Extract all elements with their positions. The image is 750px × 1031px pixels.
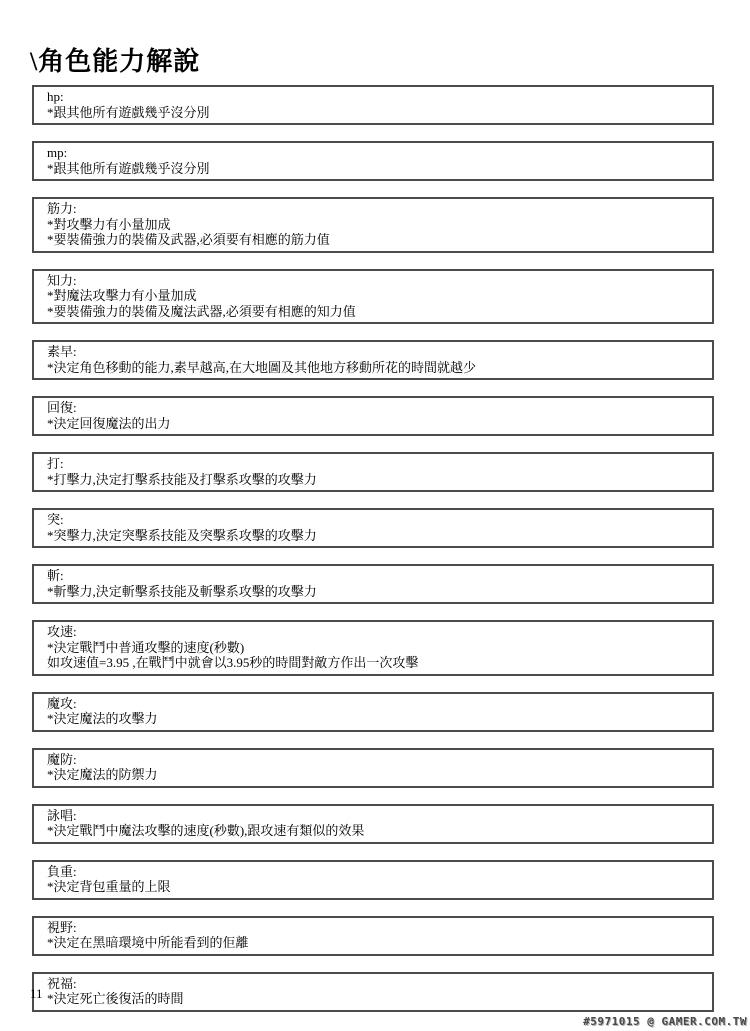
stat-box: 打: *打擊力,決定打擊系技能及打擊系攻擊的攻擊力 [32, 452, 714, 492]
stat-box: hp: *跟其他所有遊戲幾乎沒分別 [32, 85, 714, 125]
stat-description-line: *決定背包重量的上限 [47, 879, 700, 895]
stat-name: 負重: [47, 864, 700, 880]
stat-description-line: *要裝備強力的裝備及武器,必須要有相應的筋力值 [47, 232, 700, 248]
stat-description-line: *決定角色移動的能力,素早越高,在大地圖及其他地方移動所花的時間就越少 [47, 360, 700, 376]
stat-name: 打: [47, 456, 700, 472]
stat-description-line: *打擊力,決定打擊系技能及打擊系攻擊的攻擊力 [47, 472, 700, 488]
stat-name: 祝福: [47, 976, 700, 992]
stat-description-line: *對魔法攻擊力有小量加成 [47, 288, 700, 304]
stat-box: 素早: *決定角色移動的能力,素早越高,在大地圖及其他地方移動所花的時間就越少 [32, 340, 714, 380]
page-title: \角色能力解說 [30, 41, 200, 78]
stat-name: 魔防: [47, 752, 700, 768]
stat-box: 詠唱: *決定戰鬥中魔法攻擊的速度(秒數),跟攻速有類似的效果 [32, 804, 714, 844]
stat-name: 回復: [47, 400, 700, 416]
stat-box: 魔攻: *決定魔法的攻擊力 [32, 692, 714, 732]
stat-description-line: *斬擊力,決定斬擊系技能及斬擊系攻擊的攻擊力 [47, 584, 700, 600]
stat-box: 攻速: *決定戰鬥中普通攻擊的速度(秒數)如攻速值=3.95 ,在戰鬥中就會以3… [32, 620, 714, 676]
stat-name: 斬: [47, 568, 700, 584]
stat-name: mp: [47, 145, 700, 161]
stat-description-line: *跟其他所有遊戲幾乎沒分別 [47, 161, 700, 177]
stat-name: 突: [47, 512, 700, 528]
stat-box: 視野: *決定在黑暗環境中所能看到的佢離 [32, 916, 714, 956]
stat-box: 負重: *決定背包重量的上限 [32, 860, 714, 900]
stat-name: hp: [47, 89, 700, 105]
stat-name: 視野: [47, 920, 700, 936]
stat-name: 攻速: [47, 624, 700, 640]
document-page: \角色能力解說 hp: *跟其他所有遊戲幾乎沒分別 mp: *跟其他所有遊戲幾乎… [0, 0, 750, 1031]
stat-description-line: *決定在黑暗環境中所能看到的佢離 [47, 935, 700, 951]
stat-description-line: *決定戰鬥中普通攻擊的速度(秒數) [47, 640, 700, 656]
stat-description-line: *決定戰鬥中魔法攻擊的速度(秒數),跟攻速有類似的效果 [47, 823, 700, 839]
stat-name: 素早: [47, 344, 700, 360]
stat-description-line: *對攻擊力有小量加成 [47, 217, 700, 233]
stat-box: 祝福: *決定死亡後復活的時間 [32, 972, 714, 1012]
stat-name: 筋力: [47, 201, 700, 217]
stat-box: 筋力: *對攻擊力有小量加成*要裝備強力的裝備及武器,必須要有相應的筋力值 [32, 197, 714, 253]
stat-description-line: *決定魔法的攻擊力 [47, 711, 700, 727]
stat-description-line: *決定回復魔法的出力 [47, 416, 700, 432]
stat-box: 魔防: *決定魔法的防禦力 [32, 748, 714, 788]
stat-description-line: *跟其他所有遊戲幾乎沒分別 [47, 105, 700, 121]
stat-name: 知力: [47, 273, 700, 289]
stat-name: 詠唱: [47, 808, 700, 824]
stat-box: 回復: *決定回復魔法的出力 [32, 396, 714, 436]
stat-description-line: *決定魔法的防禦力 [47, 767, 700, 783]
stat-description-line: *突擊力,決定突擊系技能及突擊系攻擊的攻擊力 [47, 528, 700, 544]
watermark: #5971015 @ GAMER.COM.TW [583, 1015, 747, 1028]
page-number: 11 [30, 986, 43, 1002]
stat-description-line: *要裝備強力的裝備及魔法武器,必須要有相應的知力值 [47, 304, 700, 320]
stats-list: hp: *跟其他所有遊戲幾乎沒分別 mp: *跟其他所有遊戲幾乎沒分別 筋力: … [32, 85, 714, 1028]
stat-box: 突: *突擊力,決定突擊系技能及突擊系攻擊的攻擊力 [32, 508, 714, 548]
stat-box: 知力: *對魔法攻擊力有小量加成*要裝備強力的裝備及魔法武器,必須要有相應的知力… [32, 269, 714, 325]
stat-description-line: *決定死亡後復活的時間 [47, 991, 700, 1007]
stat-box: mp: *跟其他所有遊戲幾乎沒分別 [32, 141, 714, 181]
stat-name: 魔攻: [47, 696, 700, 712]
stat-box: 斬: *斬擊力,決定斬擊系技能及斬擊系攻擊的攻擊力 [32, 564, 714, 604]
stat-description-line: 如攻速值=3.95 ,在戰鬥中就會以3.95秒的時間對敵方作出一次攻擊 [47, 655, 700, 671]
